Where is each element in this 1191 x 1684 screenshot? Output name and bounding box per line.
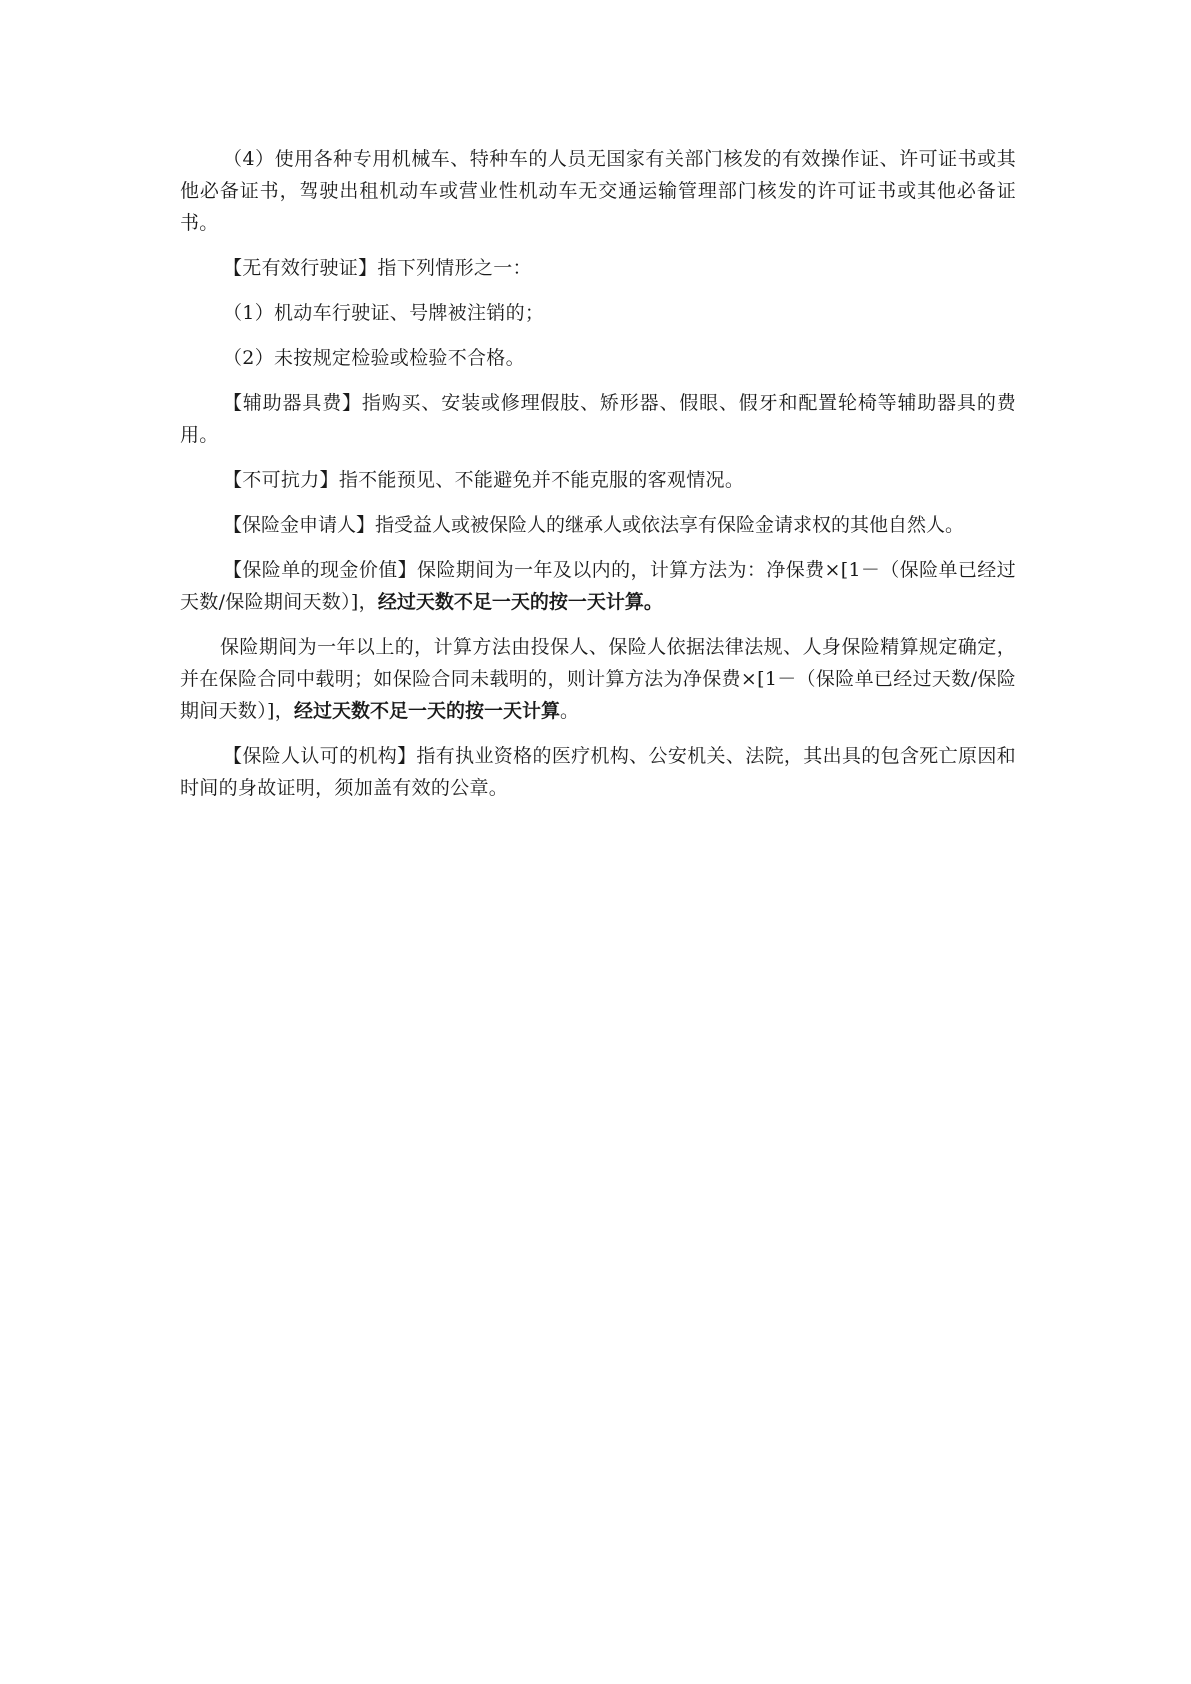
paragraph-text: 指不能预见、不能避免并不能克服的客观情况。: [339, 469, 744, 491]
term-label: 【辅助器具费】: [223, 392, 362, 414]
paragraph-text: 指下列情形之一：: [377, 257, 531, 279]
bold-note: 经过天数不足一天的按一天计算。: [378, 591, 663, 613]
paragraph-text: （1）机动车行驶证、号牌被注销的；: [223, 302, 544, 324]
paragraph-no-valid-driving-permit: 【无有效行驶证】指下列情形之一：: [180, 252, 1016, 284]
paragraph-text: （2）未按规定检验或检验不合格。: [223, 347, 525, 369]
term-label: 【不可抗力】: [223, 469, 339, 491]
paragraph-cash-value: 【保险单的现金价值】保险期间为一年及以内的，计算方法为：净保费×[1－（保险单已…: [180, 554, 1016, 618]
term-label: 【保险单的现金价值】: [223, 559, 417, 581]
paragraph-tail: 。: [560, 700, 579, 722]
paragraph-recognized-institution: 【保险人认可的机构】指有执业资格的医疗机构、公安机关、法院，其出具的包含死亡原因…: [180, 740, 1016, 804]
paragraph-claim-applicant: 【保险金申请人】指受益人或被保险人的继承人或依法享有保险金请求权的其他自然人。: [180, 509, 1016, 541]
paragraph-special-vehicle-license: （4）使用各种专用机械车、特种车的人员无国家有关部门核发的有效操作证、许可证书或…: [180, 143, 1016, 239]
paragraph-cash-value-multi-year: 保险期间为一年以上的，计算方法由投保人、保险人依据法律法规、人身保险精算规定确定…: [180, 631, 1016, 727]
document-page: （4）使用各种专用机械车、特种车的人员无国家有关部门核发的有效操作证、许可证书或…: [180, 143, 1016, 817]
list-item-cancelled-license: （1）机动车行驶证、号牌被注销的；: [180, 297, 1016, 329]
term-label: 【保险人认可的机构】: [223, 745, 416, 767]
term-label: 【保险金申请人】: [223, 514, 375, 536]
list-item-failed-inspection: （2）未按规定检验或检验不合格。: [180, 342, 1016, 374]
paragraph-text: （4）使用各种专用机械车、特种车的人员无国家有关部门核发的有效操作证、许可证书或…: [180, 148, 1016, 234]
paragraph-assistive-device-cost: 【辅助器具费】指购买、安装或修理假肢、矫形器、假眼、假牙和配置轮椅等辅助器具的费…: [180, 387, 1016, 451]
bold-note: 经过天数不足一天的按一天计算: [294, 700, 560, 722]
paragraph-text: 指受益人或被保险人的继承人或依法享有保险金请求权的其他自然人。: [375, 514, 964, 536]
paragraph-force-majeure: 【不可抗力】指不能预见、不能避免并不能克服的客观情况。: [180, 464, 1016, 496]
term-label: 【无有效行驶证】: [223, 257, 377, 279]
